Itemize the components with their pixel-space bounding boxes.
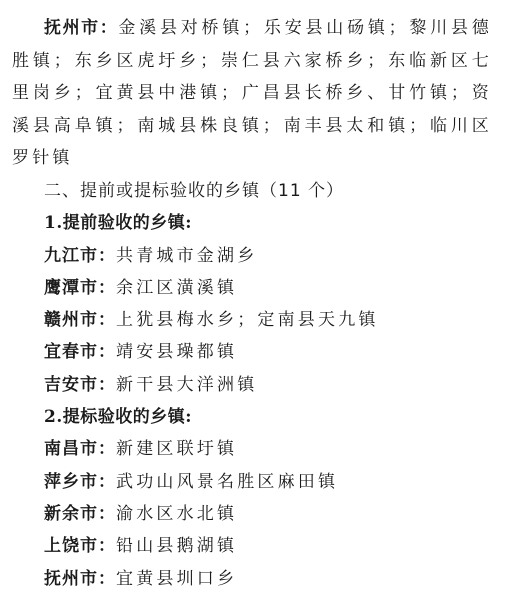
list-item: 九江市：共青城市金湖乡 (12, 240, 492, 272)
city-label: 九江市： (44, 246, 116, 266)
city-label: 宜春市： (44, 342, 116, 362)
city-label: 赣州市： (44, 310, 116, 330)
list-item: 吉安市：新干县大洋洲镇 (12, 369, 492, 401)
city-label: 萍乡市： (44, 472, 116, 492)
city-label: 鹰潭市： (44, 278, 116, 298)
town-list: 金溪县对桥镇；乐安县山砀镇；黎川县德胜镇；东乡区虎圩乡；崇仁县六家桥乡；东临新区… (12, 18, 492, 168)
list-item: 宜春市：靖安县璪都镇 (12, 336, 492, 368)
city-label: 南昌市： (44, 439, 116, 459)
city-label: 抚州市： (44, 569, 116, 589)
list-item: 新余市：渝水区水北镇 (12, 498, 492, 530)
list-item: 上饶市：铅山县鹅湖镇 (12, 530, 492, 562)
list-item: 萍乡市：武功山风景名胜区麻田镇 (12, 466, 492, 498)
fuzhou-towns-paragraph: 抚州市：金溪县对桥镇；乐安县山砀镇；黎川县德胜镇；东乡区虎圩乡；崇仁县六家桥乡；… (12, 12, 492, 175)
town-list: 新建区联圩镇 (116, 439, 237, 459)
town-list: 靖安县璪都镇 (116, 342, 237, 362)
city-label: 上饶市： (44, 536, 116, 556)
document-page: 抚州市：金溪县对桥镇；乐安县山砀镇；黎川县德胜镇；东乡区虎圩乡；崇仁县六家桥乡；… (12, 12, 492, 595)
city-label: 吉安市： (44, 375, 116, 395)
town-list: 余江区潢溪镇 (116, 278, 237, 298)
section-heading: 二、提前或提标验收的乡镇（11 个） (12, 175, 492, 208)
list-item: 抚州市：宜黄县圳口乡 (12, 563, 492, 595)
list-item: 鹰潭市：余江区潢溪镇 (12, 272, 492, 304)
subsection-heading-upgraded: 2.提标验收的乡镇: (12, 401, 492, 434)
city-label: 新余市： (44, 504, 116, 524)
city-label: 抚州市： (44, 18, 118, 38)
list-item: 赣州市：上犹县梅水乡；定南县天九镇 (12, 304, 492, 336)
list-item: 南昌市：新建区联圩镇 (12, 433, 492, 465)
town-list: 上犹县梅水乡；定南县天九镇 (116, 310, 379, 330)
town-list: 武功山风景名胜区麻田镇 (116, 472, 338, 492)
town-list: 共青城市金湖乡 (116, 246, 257, 266)
town-list: 铅山县鹅湖镇 (116, 536, 237, 556)
town-list: 宜黄县圳口乡 (116, 569, 237, 589)
town-list: 渝水区水北镇 (116, 504, 237, 524)
subsection-heading-early: 1.提前验收的乡镇: (12, 207, 492, 240)
town-list: 新干县大洋洲镇 (116, 375, 257, 395)
